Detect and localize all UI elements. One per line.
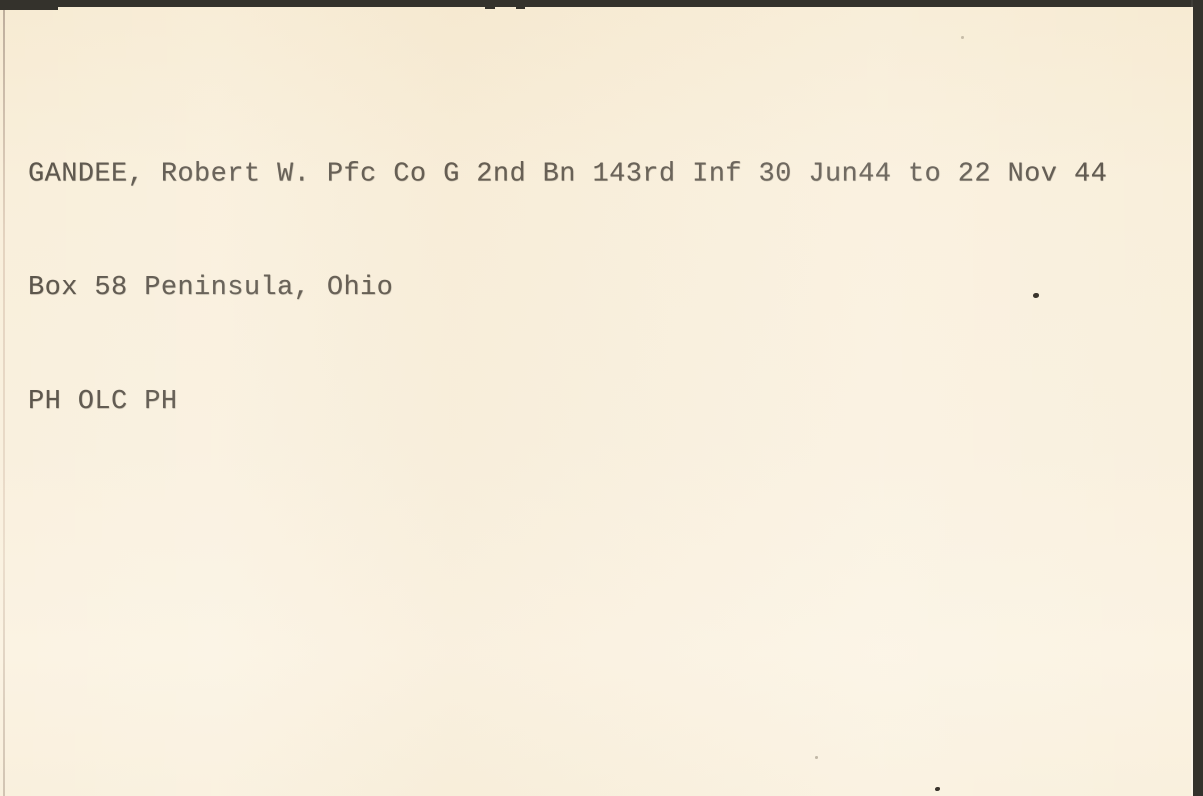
scanner-edge-notch [516,0,525,9]
scanned-index-card: GANDEE, Robert W. Pfc Co G 2nd Bn 143rd … [0,0,1203,796]
card-line-name-service: GANDEE, Robert W. Pfc Co G 2nd Bn 143rd … [28,156,1107,194]
card-left-crease [3,7,5,796]
scanner-edge-notch [485,0,495,9]
card-line-address: Box 58 Peninsula, Ohio [28,269,1107,307]
card-line-awards: PH OLC PH [28,383,1107,421]
typed-text-block: GANDEE, Robert W. Pfc Co G 2nd Bn 143rd … [28,79,1107,497]
scanner-edge-top-left [0,0,58,10]
scanner-edge-top [0,0,1203,7]
ink-speck [815,756,818,759]
index-card: GANDEE, Robert W. Pfc Co G 2nd Bn 143rd … [0,7,1193,796]
ink-speck [961,36,964,39]
ink-speck [1033,293,1039,298]
scanner-edge-right [1193,0,1203,796]
ink-speck [935,787,940,791]
